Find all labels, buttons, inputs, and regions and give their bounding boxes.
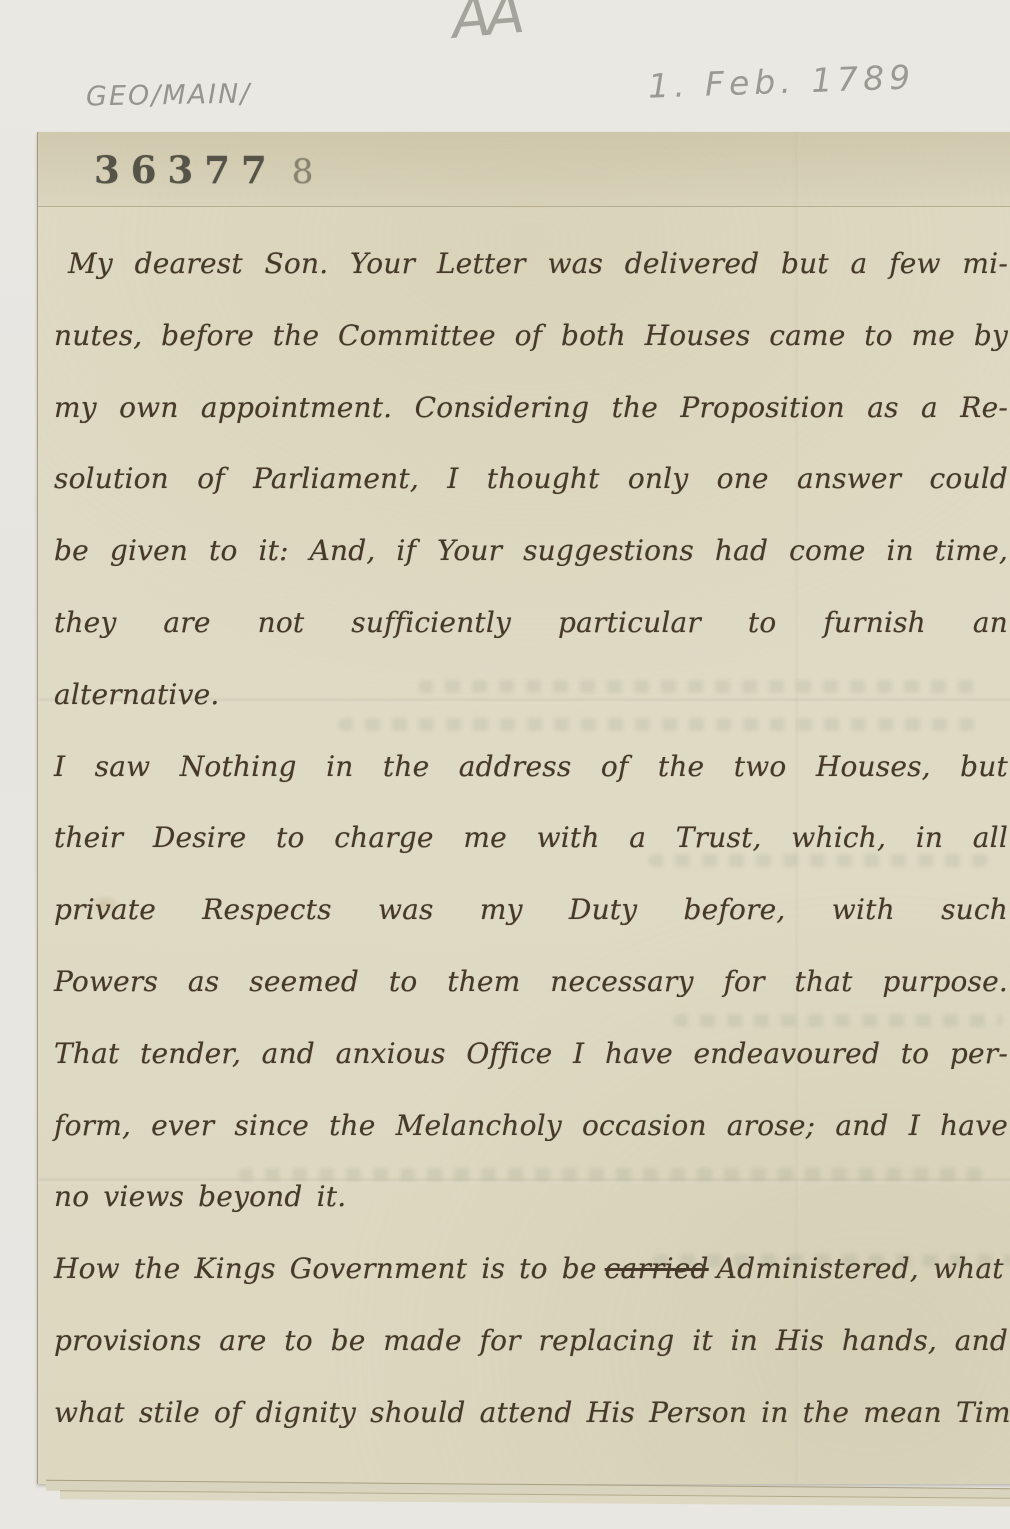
handwritten-line: nutes, before the Committee of both Hous… — [54, 304, 1008, 376]
handwritten-line: solution of Parliament, I thought only o… — [54, 447, 1008, 519]
pencil-collection-mark: AA — [449, 0, 523, 52]
handwritten-line: provisions are to be made for replacing … — [54, 1309, 1008, 1381]
handwritten-line: no views beyond it. — [54, 1165, 1008, 1237]
handwritten-line: I saw Nothing in the address of the two … — [54, 735, 1008, 807]
handwritten-line: Powers as seemed to them necessary for t… — [54, 950, 1008, 1022]
amended-line-pre: How the Kings Government is to be — [54, 1252, 597, 1285]
handwritten-line: be given to it: And, if Your suggestions… — [54, 519, 1008, 591]
handwritten-line: That tender, and anxious Office I have e… — [54, 1022, 1008, 1094]
stamp-suffix-digit: 8 — [292, 152, 314, 192]
handwritten-line: their Desire to charge me with a Trust, … — [54, 806, 1008, 878]
letter-text: My dearest Son. Your Letter was delivere… — [54, 232, 1008, 1453]
scanned-letter-page: { "annotations": { "collection_mark": "A… — [0, 0, 1010, 1529]
handwritten-line: what stile of dignity should attend His … — [54, 1381, 1008, 1453]
handwritten-line: they are not sufficiently particular to … — [54, 591, 1008, 663]
pencil-date: 1. Feb. 1789 — [647, 57, 915, 105]
handwritten-line: alternative. — [54, 663, 1008, 735]
stamp-digits: 36377 — [94, 148, 278, 192]
struck-out-word: carried — [605, 1252, 709, 1285]
handwritten-line: my own appointment. Considering the Prop… — [54, 376, 1008, 448]
handwritten-line-with-correction: How the Kings Government is to becarried… — [54, 1237, 1008, 1309]
handwritten-line: private Respects was my Duty before, wit… — [54, 878, 1008, 950]
archive-stamp-number: 363778 — [94, 148, 313, 192]
handwritten-line: form, ever since the Melancholy occasion… — [54, 1094, 1008, 1166]
amended-line-post: Administered, what — [717, 1252, 1004, 1285]
handwritten-line: My dearest Son. Your Letter was delivere… — [54, 232, 1008, 304]
pencil-archive-reference: GEO/MAIN/ — [86, 79, 252, 113]
letter-sheet: 363778 My dearest Son. Your Letter was d… — [37, 132, 1010, 1484]
